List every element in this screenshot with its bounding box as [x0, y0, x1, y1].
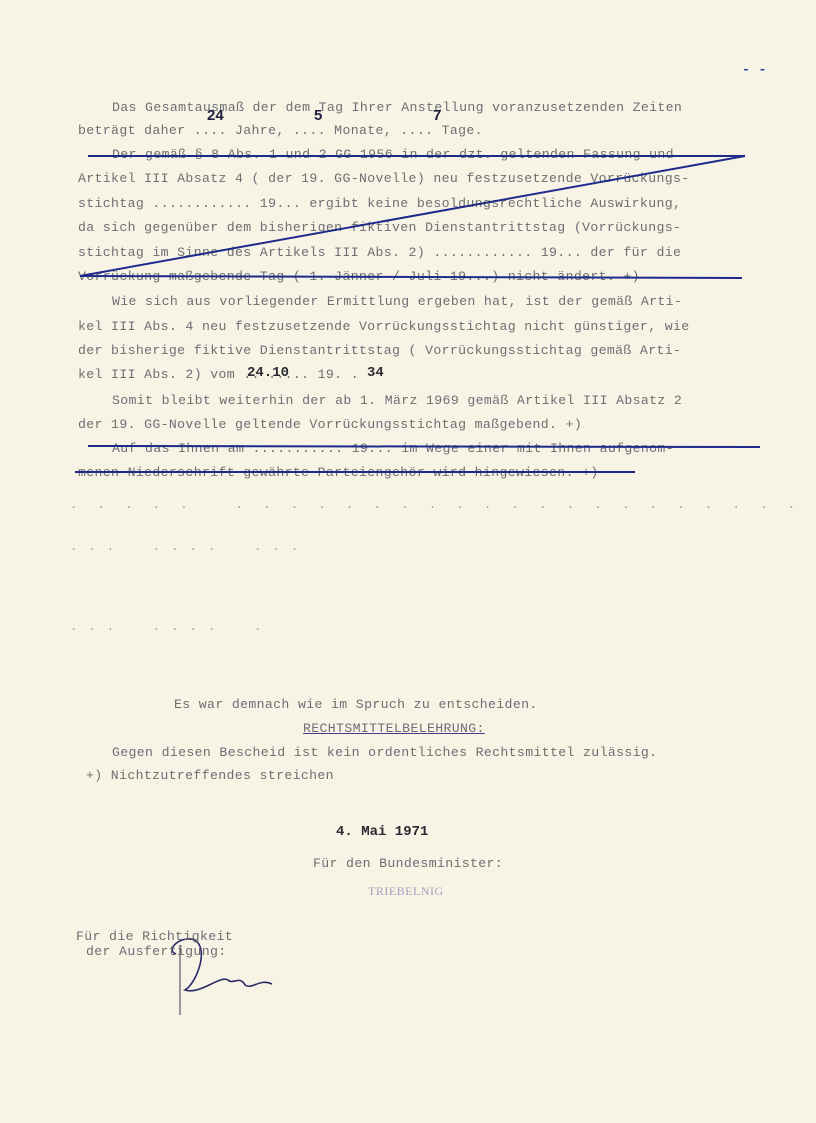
dot-row: . . . . . . . . . . . . . . . . . . . . … [70, 498, 816, 512]
legal-remedy-notice: Gegen diesen Bescheid ist kein ordentlic… [112, 745, 657, 760]
legal-remedy-heading: RECHTSMITTELBELEHRUNG: [303, 721, 485, 736]
certification-line2: der Ausfertigung: [86, 944, 226, 959]
name-stamp: TRIEBELNIG [368, 884, 444, 899]
for-minister: Für den Bundesminister: [313, 856, 503, 871]
document-page: - - Das Gesamtausmaß der dem Tag Ihrer A… [0, 0, 816, 1123]
dot-row: . . . . . . . . . . [70, 540, 300, 554]
issue-date: 4. Mai 1971 [336, 824, 428, 840]
decision-text: Es war demnach wie im Spruch zu entschei… [174, 697, 538, 712]
footnote: +) Nichtzutreffendes streichen [86, 768, 334, 783]
dot-row: . . . . . . . . [70, 620, 263, 634]
certification-line1: Für die Richtigkeit [76, 929, 233, 944]
